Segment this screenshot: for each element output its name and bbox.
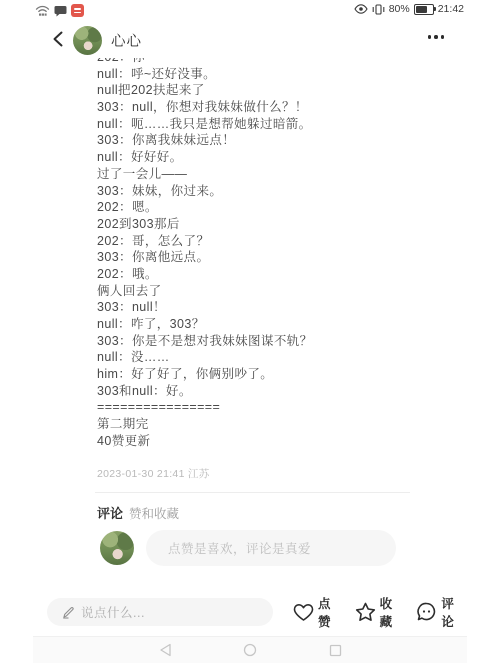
comments-subtitle: 赞和收藏: [129, 507, 179, 521]
post-line: 303和null：好。: [97, 383, 437, 400]
like-button[interactable]: 点赞: [293, 594, 344, 630]
nav-home-icon[interactable]: [243, 643, 258, 658]
user-avatar[interactable]: [100, 531, 134, 565]
chat-bubble-icon: [416, 602, 437, 622]
post-line: ================: [97, 399, 437, 416]
star-icon: [355, 602, 376, 622]
post-line: 202：哥，怎么了？: [97, 233, 437, 250]
comment-input-placeholder: 点赞是喜欢，评论是真爱: [168, 539, 311, 557]
post-line: 第二期完: [97, 416, 437, 433]
author-avatar[interactable]: [73, 26, 102, 55]
post-line: 过了一会儿——: [97, 166, 437, 183]
status-time: 21:42: [438, 3, 464, 15]
post-line: 俩人回去了: [97, 283, 437, 300]
bottom-action-bar: 说点什么... 点赞 收藏: [33, 588, 467, 636]
comment-input-row: 点赞是喜欢，评论是真爱: [100, 530, 396, 566]
wifi-icon: [35, 4, 50, 17]
more-options-icon[interactable]: [428, 35, 445, 39]
post-line: null：呼~还好没事。: [97, 66, 437, 83]
post-line: 303：你是不是想对我妹妹图谋不轨？: [97, 333, 437, 350]
vibrate-icon: [372, 4, 385, 15]
post-line: 303：妹妹，你过来。: [97, 183, 437, 200]
post-line: 303：你离他远点。: [97, 249, 437, 266]
say-something-placeholder: 说点什么...: [81, 603, 145, 621]
nav-back-icon[interactable]: [158, 643, 173, 658]
post-line: null：呃……我只是想帮她躲过暗箭。: [97, 116, 437, 133]
pencil-icon: [62, 606, 75, 619]
nav-recents-icon[interactable]: [328, 643, 343, 658]
post-line: 202到303那后: [97, 216, 437, 233]
comments-title: 评论: [97, 506, 123, 521]
android-nav-bar: [33, 636, 467, 663]
collect-button[interactable]: 收藏: [355, 594, 406, 630]
comments-header: 评论赞和收藏: [97, 503, 179, 522]
post-timestamp-location: 2023-01-30 21:41 江苏: [97, 466, 210, 481]
post-line: 202：哦。: [97, 266, 437, 283]
post-line: 303：你离我妹妹远点！: [97, 132, 437, 149]
like-label: 点赞: [318, 594, 344, 630]
post-line: him：好了好了，你俩别吵了。: [97, 366, 437, 383]
say-something-input[interactable]: 说点什么...: [47, 598, 273, 626]
comment-button[interactable]: 评论: [416, 594, 467, 630]
post-line: null：咋了，303？: [97, 316, 437, 333]
post-line: null：没……: [97, 349, 437, 366]
post-body: 202：你 null：呼~还好没事。 null把202扶起来了 303：null…: [97, 49, 437, 450]
post-line: 40赞更新: [97, 433, 437, 450]
comment-label: 评论: [441, 594, 467, 630]
status-bar: 80% 21:42: [33, 0, 467, 22]
message-icon: [54, 4, 67, 17]
post-line: 202：嗯。: [97, 199, 437, 216]
author-username[interactable]: 心心: [111, 30, 142, 51]
collect-label: 收藏: [380, 594, 406, 630]
post-line: 303：null，你想对我妹妹做什么？！: [97, 99, 437, 116]
post-line: 303：null！: [97, 299, 437, 316]
heart-icon: [293, 603, 314, 622]
red-app-icon: [71, 4, 84, 17]
section-divider: [95, 492, 410, 493]
post-line: null：好好好。: [97, 149, 437, 166]
post-line: null把202扶起来了: [97, 82, 437, 99]
comment-input[interactable]: 点赞是喜欢，评论是真爱: [146, 530, 396, 566]
battery-percent: 80%: [389, 3, 410, 15]
post-header: 心心: [33, 22, 467, 58]
battery-icon: [414, 4, 434, 15]
eye-comfort-icon: [354, 4, 368, 14]
back-button[interactable]: [49, 29, 69, 49]
